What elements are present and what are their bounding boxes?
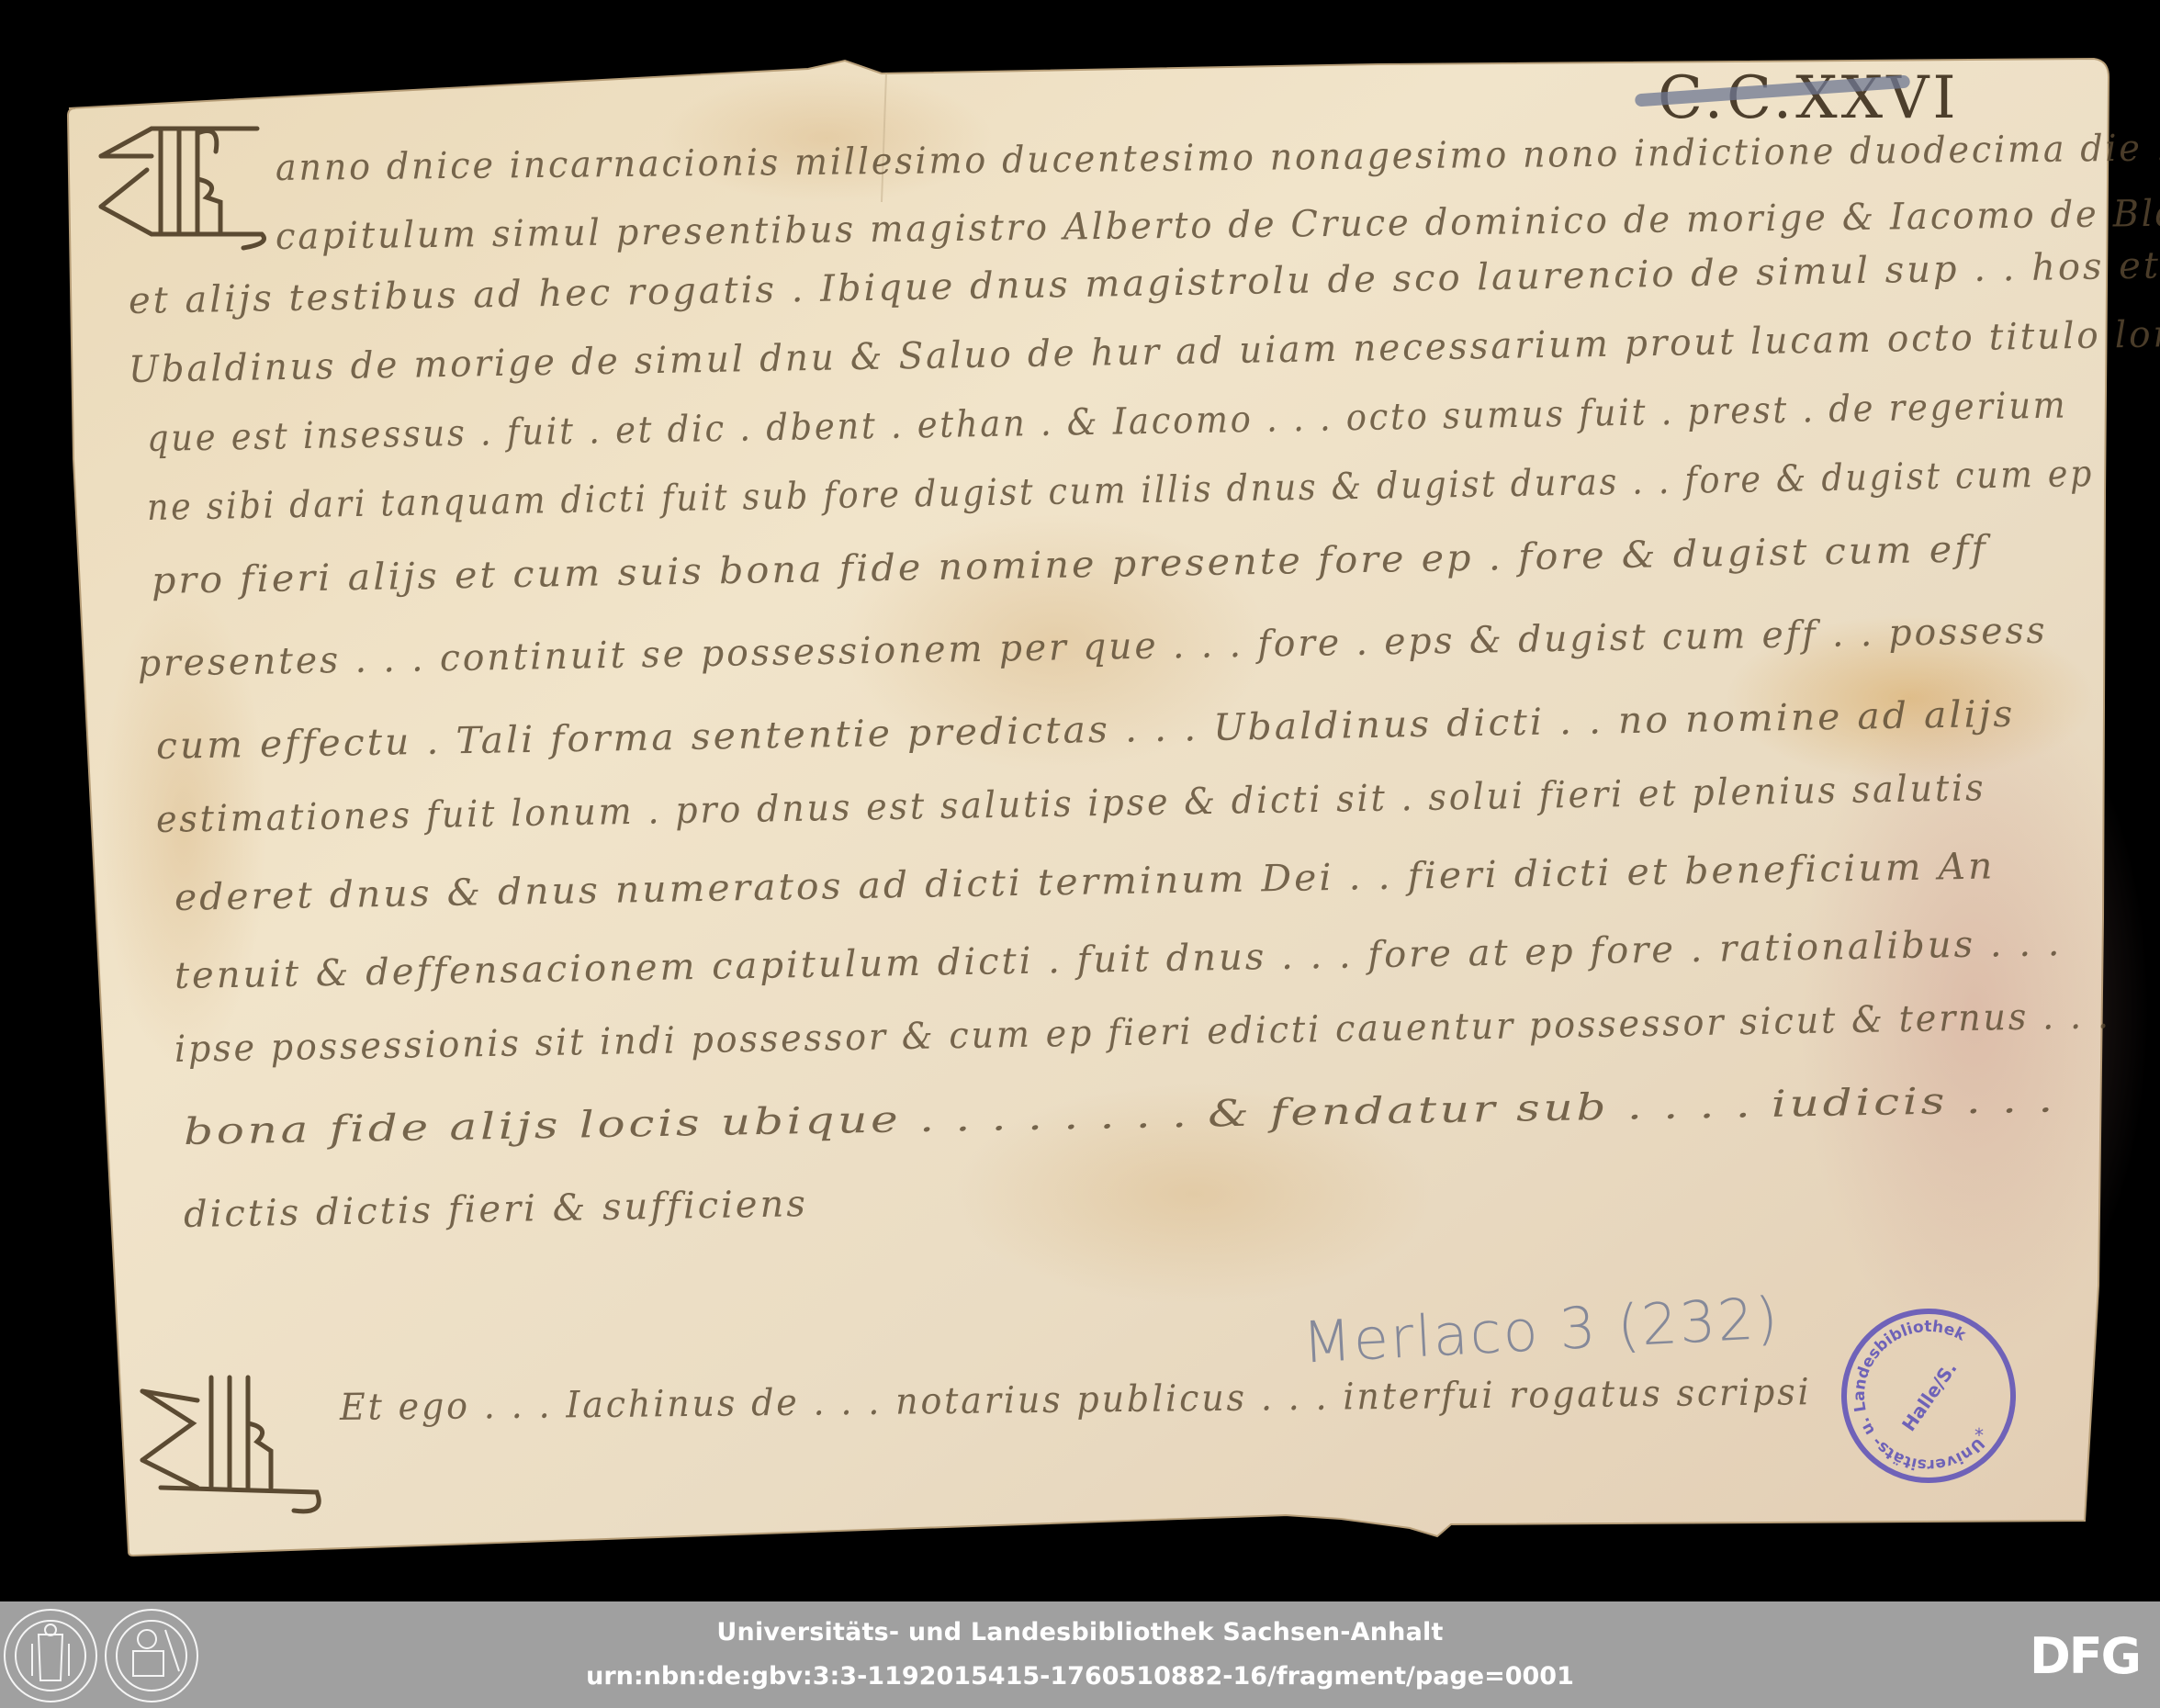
library-stamp-icon: Universitäts- u. Landesbibliothek Halle/… [1837,1304,2020,1488]
svg-text:*: * [1974,1424,1984,1446]
institution-name: Universitäts- und Landesbibliothek Sachs… [0,1618,2160,1646]
urn-link[interactable]: urn:nbn:de:gbv:3:3-1192015415-1760510882… [0,1662,2160,1691]
decorated-initial-top [92,115,276,262]
decorated-initial-bottom [133,1368,335,1524]
stamp-center-text: Halle/S. [1897,1357,1961,1435]
document-viewer: C.C.XXVI anno dnice incarnacionis milles… [0,0,2160,1600]
library-footer: Universitäts- und Landesbibliothek Sachs… [0,1600,2160,1708]
dfg-logo: DFG [2030,1627,2140,1685]
